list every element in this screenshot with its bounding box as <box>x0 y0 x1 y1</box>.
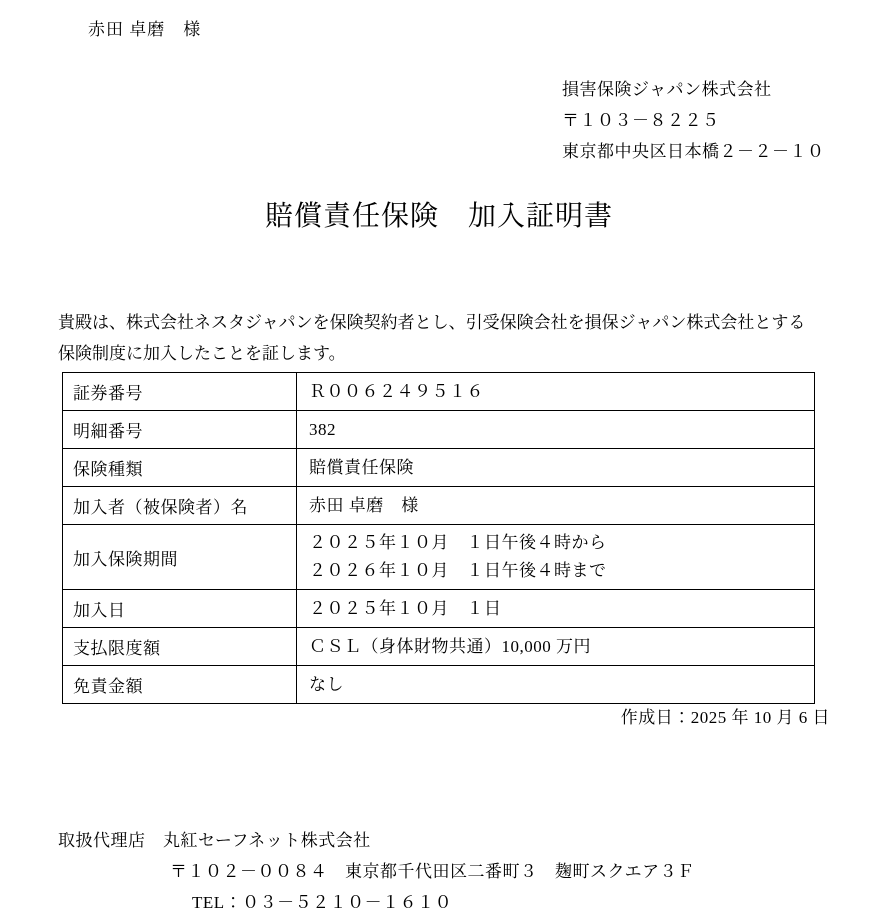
row-value: 382 <box>297 411 815 449</box>
table-row-detail-number: 明細番号 382 <box>63 411 815 449</box>
row-label: 明細番号 <box>63 411 297 449</box>
statement-line-2: 保険制度に加入したことを証します。 <box>58 338 840 369</box>
certificate-table: 証券番号 Ｒ００６２４９５１６ 明細番号 382 保険種類 賠償責任保険 加入者… <box>62 372 815 704</box>
table-row-insurance-type: 保険種類 賠償責任保険 <box>63 449 815 487</box>
row-value: ２０２５年１０月 １日午後４時から ２０２６年１０月 １日午後４時まで <box>297 525 815 590</box>
insurer-name: 損害保険ジャパン株式会社 <box>562 74 825 105</box>
row-value: ＣＳＬ（身体財物共通）10,000 万円 <box>297 628 815 666</box>
row-value: Ｒ００６２４９５１６ <box>297 373 815 411</box>
agency-address: 〒１０２－００８４ 東京都千代田区二番町３ 麹町スクエア３Ｆ <box>170 857 695 882</box>
certification-statement: 貴殿は、株式会社ネスタジャパンを保険契約者とし、引受保険会社を損保ジャパン株式会… <box>58 307 840 369</box>
row-label: 支払限度額 <box>63 628 297 666</box>
recipient-name: 赤田 卓磨 様 <box>88 15 201 40</box>
row-label: 加入保険期間 <box>63 525 297 590</box>
agency-name: 取扱代理店 丸紅セーフネット株式会社 <box>58 826 371 851</box>
insurer-postal-code: 〒１０３－８２２５ <box>562 105 825 136</box>
insurer-address: 東京都中央区日本橋２－２－１０ <box>562 136 825 167</box>
table-row-insured-name: 加入者（被保険者）名 赤田 卓磨 様 <box>63 487 815 525</box>
row-label: 証券番号 <box>63 373 297 411</box>
row-label: 加入者（被保険者）名 <box>63 487 297 525</box>
row-value: 賠償責任保険 <box>297 449 815 487</box>
row-label: 免責金額 <box>63 666 297 704</box>
table-row-deductible: 免責金額 なし <box>63 666 815 704</box>
created-date: 作成日：2025 年 10 月 6 日 <box>621 703 830 728</box>
row-value: 赤田 卓磨 様 <box>297 487 815 525</box>
table-row-coverage-period: 加入保険期間 ２０２５年１０月 １日午後４時から ２０２６年１０月 １日午後４時… <box>63 525 815 590</box>
table-row-enrollment-date: 加入日 ２０２５年１０月 １日 <box>63 590 815 628</box>
document-title: 賠償責任保険 加入証明書 <box>0 194 878 234</box>
table-row-policy-number: 証券番号 Ｒ００６２４９５１６ <box>63 373 815 411</box>
table-row-payment-limit: 支払限度額 ＣＳＬ（身体財物共通）10,000 万円 <box>63 628 815 666</box>
insurer-block: 損害保険ジャパン株式会社 〒１０３－８２２５ 東京都中央区日本橋２－２－１０ <box>562 74 825 167</box>
row-value: ２０２５年１０月 １日 <box>297 590 815 628</box>
row-value: なし <box>297 666 815 704</box>
row-label: 加入日 <box>63 590 297 628</box>
statement-line-1: 貴殿は、株式会社ネスタジャパンを保険契約者とし、引受保険会社を損保ジャパン株式会… <box>58 307 840 338</box>
document-page: 赤田 卓磨 様 損害保険ジャパン株式会社 〒１０３－８２２５ 東京都中央区日本橋… <box>0 0 878 916</box>
row-label: 保険種類 <box>63 449 297 487</box>
agency-phone: TEL：０３－５２１０－１６１０ <box>192 888 452 913</box>
